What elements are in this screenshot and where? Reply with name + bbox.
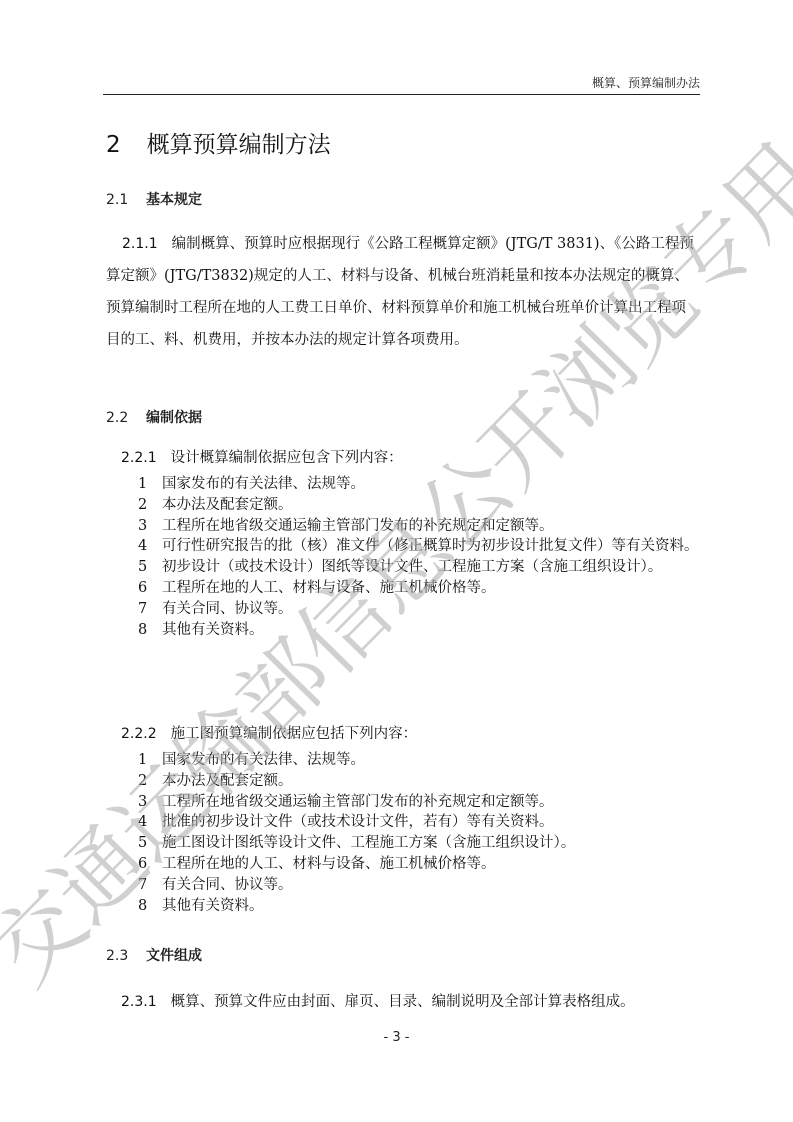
item-text: 施工图设计图纸等设计文件、工程施工方案（含施工组织设计）。 <box>162 835 575 851</box>
item-number: 5 <box>138 833 162 854</box>
clause-number: 2.2.2 <box>121 726 157 742</box>
page-number: - 3 - <box>0 1030 793 1045</box>
item-number: 1 <box>138 474 162 495</box>
item-number: 3 <box>138 792 162 813</box>
section-heading-2-1: 2.1基本规定 <box>106 189 202 209</box>
chapter-title: 2概算预算编制方法 <box>106 126 331 159</box>
clause-2-3-1: 2.3.1概算、预算文件应由封面、扉页、目录、编制说明及全部计算表格组成。 <box>121 990 635 1011</box>
section-number: 2.2 <box>106 410 146 426</box>
list-item: 5初步设计（或技术设计）图纸等设计文件、工程施工方案（含施工组织设计）。 <box>106 557 700 578</box>
section-number: 2.3 <box>106 948 146 964</box>
chapter-number: 2 <box>106 132 121 158</box>
list-item: 4可行性研究报告的批（核）准文件（修正概算时为初步设计批复文件）等有关资料。 <box>106 536 700 557</box>
header-rule <box>103 94 700 95</box>
item-text: 批准的初步设计文件（或技术设计文件，若有）等有关资料。 <box>162 814 554 830</box>
section-number: 2.1 <box>106 192 146 208</box>
clause-2-1-1: 2.1.1编制概算、预算时应根据现行《公路工程概算定额》(JTG/T 3831)… <box>106 228 700 356</box>
clause-text: 施工图预算编制依据应包括下列内容： <box>171 726 418 742</box>
item-number: 4 <box>138 812 162 833</box>
item-number: 7 <box>138 599 162 620</box>
item-number: 8 <box>138 620 162 641</box>
list-item: 6工程所在地的人工、材料与设备、施工机械价格等。 <box>106 854 700 875</box>
list-item: 6工程所在地的人工、材料与设备、施工机械价格等。 <box>106 578 700 599</box>
item-number: 8 <box>138 896 162 917</box>
clause-number: 2.2.1 <box>121 450 157 466</box>
item-number: 5 <box>138 557 162 578</box>
list-item: 2本办法及配套定额。 <box>106 771 700 792</box>
item-text: 工程所在地省级交通运输主管部门发布的补充规定和定额等。 <box>162 794 554 810</box>
section-title: 基本规定 <box>146 192 202 208</box>
item-text: 工程所在地省级交通运输主管部门发布的补充规定和定额等。 <box>162 518 554 534</box>
item-number: 6 <box>138 854 162 875</box>
list-item: 8其他有关资料。 <box>106 896 700 917</box>
item-number: 7 <box>138 875 162 896</box>
item-number: 6 <box>138 578 162 599</box>
item-text: 国家发布的有关法律、法规等。 <box>162 752 365 768</box>
clause-number: 2.1.1 <box>122 236 158 252</box>
chapter-title-text: 概算预算编制方法 <box>147 132 331 158</box>
clause-number: 2.3.1 <box>121 994 157 1010</box>
clause-2-2-2: 2.2.2施工图预算编制依据应包括下列内容： <box>121 722 417 743</box>
list-item: 3工程所在地省级交通运输主管部门发布的补充规定和定额等。 <box>106 516 700 537</box>
item-text: 国家发布的有关法律、法规等。 <box>162 476 365 492</box>
section-heading-2-2: 2.2编制依据 <box>106 407 202 427</box>
document-page: 概算、预算编制办法 2概算预算编制方法 2.1基本规定 2.1.1编制概算、预算… <box>0 0 793 1122</box>
item-text: 本办法及配套定额。 <box>162 773 293 789</box>
item-text: 有关合同、协议等。 <box>162 601 293 617</box>
section-title: 编制依据 <box>146 410 202 426</box>
list-item: 1国家发布的有关法律、法规等。 <box>106 750 700 771</box>
item-number: 3 <box>138 516 162 537</box>
list-item: 4批准的初步设计文件（或技术设计文件，若有）等有关资料。 <box>106 812 700 833</box>
clause-2-2-1: 2.2.1设计概算编制依据应包含下列内容： <box>121 446 403 467</box>
list-item: 1国家发布的有关法律、法规等。 <box>106 474 700 495</box>
item-number: 2 <box>138 495 162 516</box>
list-item: 3工程所在地省级交通运输主管部门发布的补充规定和定额等。 <box>106 792 700 813</box>
list-2-2-2: 1国家发布的有关法律、法规等。 2本办法及配套定额。 3工程所在地省级交通运输主… <box>106 750 700 916</box>
list-item: 7有关合同、协议等。 <box>106 875 700 896</box>
item-text: 有关合同、协议等。 <box>162 877 293 893</box>
item-text: 初步设计（或技术设计）图纸等设计文件、工程施工方案（含施工组织设计）。 <box>162 559 662 575</box>
list-item: 8其他有关资料。 <box>106 620 700 641</box>
running-header: 概算、预算编制办法 <box>103 74 700 91</box>
item-text: 其他有关资料。 <box>162 622 264 638</box>
item-text: 工程所在地的人工、材料与设备、施工机械价格等。 <box>162 856 496 872</box>
list-item: 2本办法及配套定额。 <box>106 495 700 516</box>
list-item: 7有关合同、协议等。 <box>106 599 700 620</box>
item-number: 1 <box>138 750 162 771</box>
item-text: 工程所在地的人工、材料与设备、施工机械价格等。 <box>162 580 496 596</box>
clause-text: 编制概算、预算时应根据现行《公路工程概算定额》(JTG/T 3831)、《公路工… <box>106 236 694 348</box>
item-text: 本办法及配套定额。 <box>162 497 293 513</box>
item-number: 2 <box>138 771 162 792</box>
clause-text: 概算、预算文件应由封面、扉页、目录、编制说明及全部计算表格组成。 <box>171 994 635 1010</box>
item-text: 可行性研究报告的批（核）准文件（修正概算时为初步设计批复文件）等有关资料。 <box>162 538 699 554</box>
list-item: 5施工图设计图纸等设计文件、工程施工方案（含施工组织设计）。 <box>106 833 700 854</box>
section-title: 文件组成 <box>146 948 202 964</box>
clause-text: 设计概算编制依据应包含下列内容： <box>171 450 403 466</box>
item-text: 其他有关资料。 <box>162 898 264 914</box>
list-2-2-1: 1国家发布的有关法律、法规等。 2本办法及配套定额。 3工程所在地省级交通运输主… <box>106 474 700 640</box>
section-heading-2-3: 2.3文件组成 <box>106 945 202 965</box>
item-number: 4 <box>138 536 162 557</box>
